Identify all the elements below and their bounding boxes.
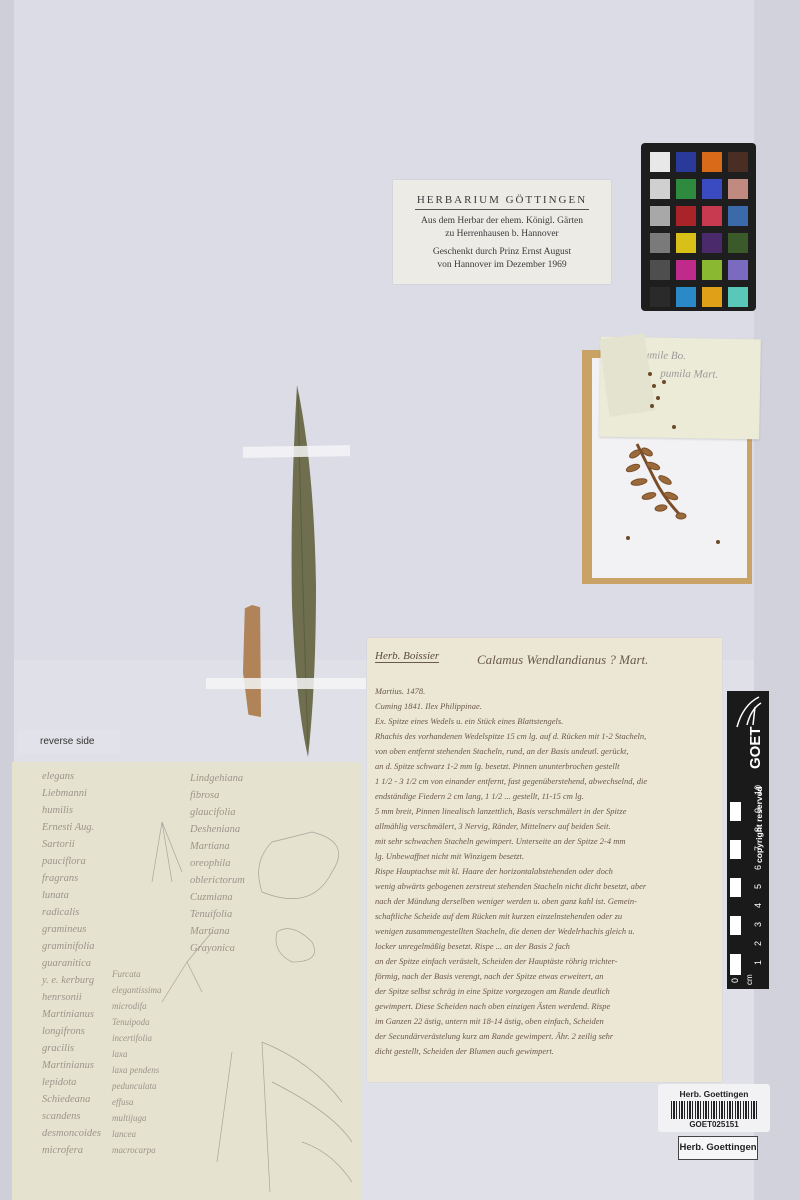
color-swatch (728, 179, 748, 199)
color-swatch (676, 260, 696, 280)
color-swatch (650, 287, 670, 307)
herbarium-label-title: HERBARIUM GÖTTINGEN (415, 194, 589, 210)
herbarium-label-line: Geschenkt durch Prinz Ernst August (393, 246, 611, 259)
reverse-side-label: reverse side (18, 730, 120, 754)
background-right-edge (754, 0, 800, 1200)
color-swatch (728, 260, 748, 280)
herbarium-label: HERBARIUM GÖTTINGEN Aus dem Herbar der e… (393, 180, 611, 284)
color-swatch (650, 152, 670, 172)
ruler-scale (730, 783, 741, 975)
ruler-unit: cm (745, 974, 754, 985)
color-swatch (650, 233, 670, 253)
seed (662, 380, 666, 384)
manuscript-herbarium: Herb. Boissier (375, 650, 439, 663)
seed (672, 425, 676, 429)
color-swatch (728, 233, 748, 253)
color-swatch (728, 206, 748, 226)
barcode-institution: Herb. Goettingen (658, 1089, 770, 1099)
seed (648, 372, 652, 376)
dried-palm-leaflet (290, 385, 320, 760)
color-swatch (676, 206, 696, 226)
seed (626, 536, 630, 540)
reverse-side-sheet: elegansLiebmannihumilisErnesti Aug.Sarto… (12, 762, 362, 1200)
color-swatch (650, 206, 670, 226)
color-swatch (728, 152, 748, 172)
color-swatch (676, 179, 696, 199)
color-swatch (650, 179, 670, 199)
manuscript-body: Martius. 1478.Cuming 1841. Ilex Philippi… (375, 684, 715, 1059)
herbarium-label-line: Aus dem Herbar der ehem. Königl. Gärten (393, 215, 611, 228)
seed (716, 540, 720, 544)
color-swatch (728, 287, 748, 307)
color-swatch (702, 179, 722, 199)
handwritten-description: Herb. Boissier Calamus Wendlandianus ? M… (367, 638, 722, 1082)
barcode-label: Herb. Goettingen GOET025151 (658, 1084, 770, 1132)
color-calibration-chart (641, 143, 756, 311)
dried-inflorescence (625, 440, 690, 525)
barcode-id: GOET025151 (658, 1120, 770, 1129)
ruler-copyright: copyright reserved (754, 786, 764, 863)
color-swatch (676, 152, 696, 172)
color-swatch (676, 233, 696, 253)
color-swatch (702, 152, 722, 172)
seed-packet-line: pumila Mart. (660, 368, 718, 381)
color-swatch (702, 233, 722, 253)
reverse-column-1: elegansLiebmannihumilisErnesti Aug.Sarto… (42, 768, 101, 1159)
color-swatch (702, 287, 722, 307)
reverse-column-2: LindgehianafibrosaglaucifoliaDeshenianaM… (190, 770, 245, 957)
seed (652, 384, 656, 388)
color-swatch (650, 260, 670, 280)
mounting-tape (243, 445, 350, 458)
color-swatch (702, 206, 722, 226)
manuscript-title: Calamus Wendlandianus ? Mart. (477, 652, 648, 668)
herbarium-stamp: Herb. Goettingen (678, 1136, 758, 1160)
color-swatch (702, 260, 722, 280)
seed (650, 404, 654, 408)
ruler-brand: GOET (747, 726, 764, 769)
color-swatch (676, 287, 696, 307)
herbarium-label-line: von Hannover im Dezember 1969 (393, 259, 611, 272)
barcode-icon (671, 1101, 757, 1119)
seed (656, 396, 660, 400)
scale-ruler: GOET copyright reserved 10 9 8 7 6 5 4 3… (727, 691, 769, 989)
reverse-column-3: FurcataelegantissimamicrodifaTenuipodain… (112, 966, 162, 1158)
herbarium-label-line: zu Herrenhausen b. Hannover (393, 228, 611, 241)
mounting-tape (206, 678, 366, 689)
